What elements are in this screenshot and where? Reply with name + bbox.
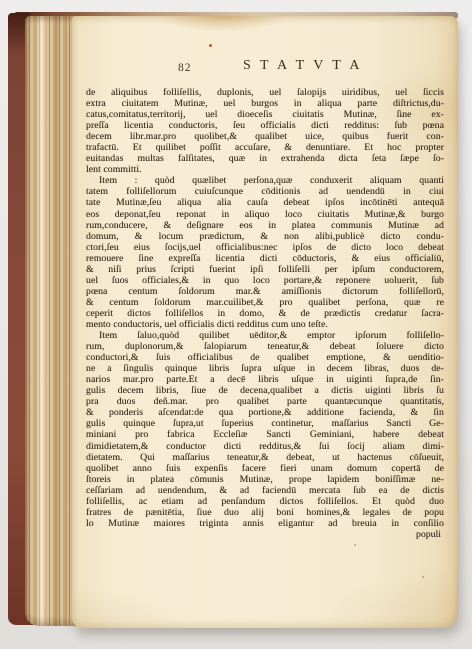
text-line: ſtoreis in platea cōmunis Mutinæ, prope …: [86, 474, 444, 485]
stain-speck: [401, 115, 403, 117]
text-line: trafactū. Et quilibet poſſit accuſare, &…: [86, 142, 444, 153]
stain-speck: [354, 544, 356, 546]
running-title: S T A T V T A: [243, 58, 362, 74]
text-line: preſſa licentia conductoris, ſeu officia…: [86, 120, 444, 131]
text-line: & ponderis aſcendat:de qua portione,& ad…: [86, 407, 444, 418]
stain-speck: [209, 44, 212, 47]
text-line: lo Mutinæ maiores triginta annis eligant…: [86, 518, 444, 529]
text-line: miniani pro fabrica Eccleſiæ Sancti Gemi…: [86, 429, 444, 440]
text-line: folliſellis, ac etiam ad penſandum dicto…: [86, 496, 444, 507]
text-line: narios mar.pro parte.Et a decē libris uſ…: [86, 374, 444, 385]
text-column: de aliquibus folliſellis, duplonis, uel …: [86, 87, 444, 540]
text-line: remouere ſine expreſſa licentia dicti cō…: [86, 253, 444, 264]
text-line: eos deponat,ſeu reponat in aliquo loco c…: [86, 209, 444, 220]
text-line: Item ſaluo,quòd quilibet uēditor,& empto…: [86, 330, 444, 341]
text-line: Item : quòd quælibet perſona,quæ conduxe…: [86, 175, 444, 186]
text-line: rum,conducere, & deſignare eos in platea…: [86, 220, 444, 231]
text-line: uel ſuos officiales,& in quo loco portar…: [86, 275, 444, 286]
book-page: 82 S T A T V T A de aliquibus folliſelli…: [72, 16, 458, 628]
book-photo: 82 S T A T V T A de aliquibus folliſelli…: [0, 0, 472, 649]
text-line: gulis decem libris, ſiue de decena,quali…: [86, 385, 444, 396]
text-line: lent committi.: [86, 164, 444, 175]
stain-speck: [422, 576, 424, 578]
text-line: tate Mutinæ,ſeu aliqua alia cauſa debeat…: [86, 197, 444, 208]
text-line: & niſi prius ſcripti fuerint ipſi folliſ…: [86, 264, 444, 275]
text-line: rum, duplonorum,& ſalopiarum teneatur,& …: [86, 341, 444, 352]
text-line: pra duos deñ.mar. pro qualibet parte qua…: [86, 396, 444, 407]
text-line: de aliquibus folliſellis, duplonis, uel …: [86, 87, 444, 98]
text-line: pœna centum ſoldorum mar.& amiſſionis di…: [86, 286, 444, 297]
page-number: 82: [178, 62, 192, 74]
text-line: ctori,ſeu eius ſocijs,uel officialibus:n…: [86, 242, 444, 253]
text-line: domum, & locum prædictum, & non alibi,pu…: [86, 231, 444, 242]
text-line: quolibet anno ſuis expenſis facere fieri…: [86, 463, 444, 474]
text-line: & centum ſoldorum mar.cuilibet,& pro qua…: [86, 297, 444, 308]
text-line: ceperit dictos folliſellos in domo, & de…: [86, 308, 444, 319]
text-line: tatem folliſellorum cuiuſcunque cōdition…: [86, 186, 444, 197]
text-line: euitandas multas falſitates, quæ in extr…: [86, 153, 444, 164]
text-line: ceſſariam ad uendendum, & ad faciendū me…: [86, 485, 444, 496]
text-line: dietatem. Qui maſſarius teneatur,& debea…: [86, 452, 444, 463]
text-line: extra ciuitatem Mutinæ, uel burgos in al…: [86, 98, 444, 109]
catchword: populi: [86, 529, 444, 540]
page-fore-edges: [25, 16, 77, 626]
text-line: fratres de pænitētia, ſiue duo alij boni…: [86, 507, 444, 518]
text-line: mento conductoris, uel officialis dicti …: [86, 319, 444, 330]
text-line: catus,comitatus,territorij, uel dioeceſi…: [86, 109, 444, 120]
text-line: dimidietatem,& conductor dicti redditus,…: [86, 441, 444, 452]
text-line: ne a ſingulis quinque libris ſupra uſque…: [86, 363, 444, 374]
text-line: gulis quinque ſupra,ut ſuperius continet…: [86, 418, 444, 429]
text-line: decem libr.mar.pro quolibet,& qualibet u…: [86, 131, 444, 142]
text-line: conductori,& ſuis officialibus de qualib…: [86, 352, 444, 363]
